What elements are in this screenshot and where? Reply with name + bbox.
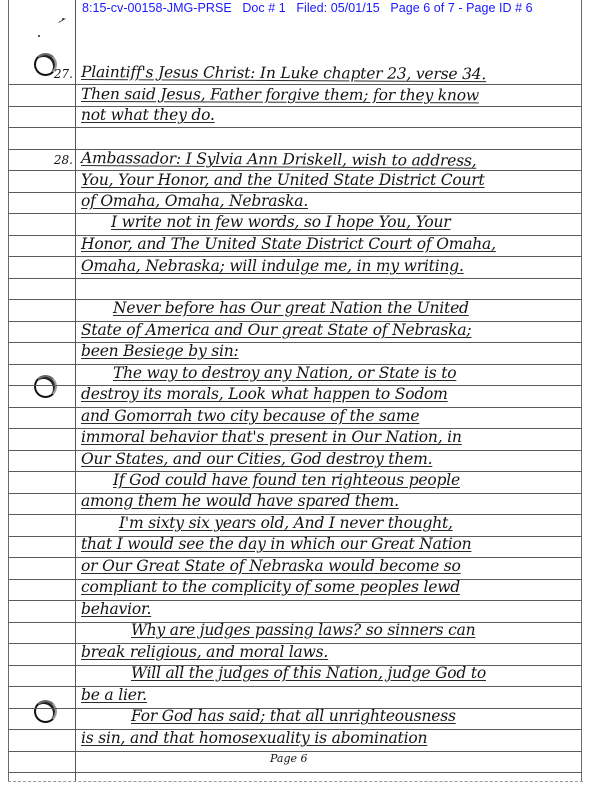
handwritten-line: immoral behavior that's present in Our N… — [81, 428, 462, 446]
margin-line — [75, 0, 76, 781]
handwritten-line: not what they do. — [81, 106, 215, 124]
page-left-border — [8, 0, 9, 781]
handwritten-line: behavior. — [81, 600, 151, 618]
handwritten-line: destroy its morals, Look what happen to … — [81, 385, 448, 403]
handwritten-line: and Gomorrah two city because of the sam… — [81, 407, 419, 425]
handwritten-line: break religious, and moral laws. — [81, 643, 328, 661]
page-right-border — [581, 0, 582, 781]
handwritten-line: Why are judges passing laws? so sinners … — [131, 621, 475, 639]
handwritten-line: You, Your Honor, and the United State Di… — [81, 171, 485, 189]
page-bottom-edge — [8, 781, 583, 782]
handwritten-line: or Our Great State of Nebraska would bec… — [81, 557, 461, 575]
document-page: 8:15-cv-00158-JMG-PRSE Doc # 1 Filed: 05… — [0, 0, 601, 787]
handwritten-line: among them he would have spared them. — [81, 492, 399, 510]
handwritten-line: been Besiege by sin: — [81, 342, 239, 360]
handwritten-line: is sin, and that homosexuality is abomin… — [81, 729, 427, 747]
handwritten-line: Omaha, Nebraska; will indulge me, in my … — [81, 257, 464, 275]
handwritten-line: Our States, and our Cities, God destroy … — [81, 450, 432, 468]
scan-speck — [38, 35, 40, 37]
page-number-label: Page 6 — [270, 752, 308, 765]
handwritten-line: Will all the judges of this Nation, judg… — [131, 664, 486, 682]
item-number-27: 27. — [51, 67, 73, 81]
handwritten-line: Ambassador: I Sylvia Ann Driskell, wish … — [81, 149, 476, 170]
handwritten-line: State of America and Our great State of … — [81, 321, 471, 339]
ruled-line — [8, 278, 582, 279]
court-filing-header: 8:15-cv-00158-JMG-PRSE Doc # 1 Filed: 05… — [82, 1, 533, 15]
handwritten-line: Honor, and The United State District Cou… — [81, 235, 496, 253]
handwritten-line: I write not in few words, so I hope You,… — [111, 213, 450, 231]
punch-hole-icon — [34, 700, 57, 723]
handwritten-line: Plaintiff's Jesus Christ: In Luke chapte… — [81, 63, 486, 83]
handwritten-line: Then said Jesus, Father forgive them; fo… — [81, 85, 479, 104]
handwritten-line: The way to destroy any Nation, or State … — [113, 364, 456, 382]
ruled-line — [8, 127, 582, 128]
punch-hole-icon — [34, 375, 57, 398]
handwritten-line: be a lier. — [81, 686, 147, 704]
ruled-line — [8, 772, 582, 773]
handwritten-line: compliant to the complicity of some peop… — [81, 578, 460, 596]
scan-mark — [58, 18, 65, 23]
handwritten-line: of Omaha, Omaha, Nebraska. — [81, 192, 308, 210]
handwritten-line: If God could have found ten righteous pe… — [113, 471, 460, 489]
handwritten-line: that I would see the day in which our Gr… — [81, 535, 471, 553]
handwritten-line: I'm sixty six years old, And I never tho… — [119, 514, 453, 532]
item-number-28: 28. — [51, 153, 73, 167]
handwritten-line: Never before has Our great Nation the Un… — [113, 299, 469, 317]
handwritten-line: For God has said; that all unrighteousne… — [131, 707, 456, 725]
